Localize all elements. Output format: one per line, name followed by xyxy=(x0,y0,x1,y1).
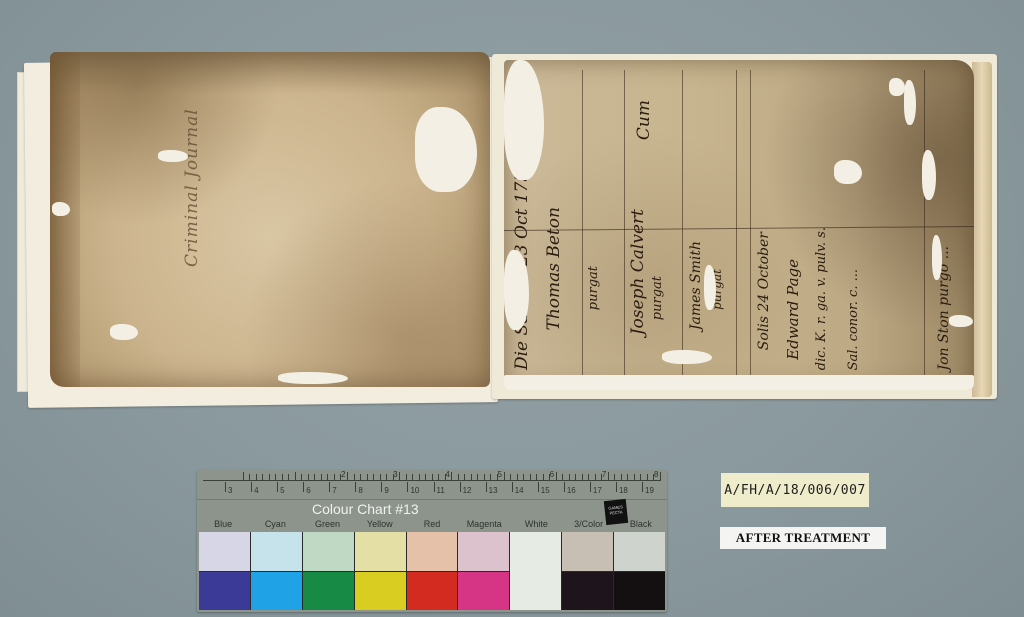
swatch-white xyxy=(510,532,562,610)
swatch-label-magenta: Magenta xyxy=(458,519,510,531)
swatch-label-black: Black xyxy=(615,519,667,531)
swatch-label-white: White xyxy=(510,519,562,531)
swatch-dark xyxy=(562,572,613,611)
inch-label: 5 xyxy=(498,470,502,479)
swatch-light xyxy=(510,532,561,571)
paper-loss-infill xyxy=(504,60,544,180)
entry-text: dic. K. r. ga. v. pulv. s. xyxy=(814,227,829,370)
inch-label: 6 xyxy=(550,470,554,479)
treatment-status-label: AFTER TREATMENT xyxy=(720,527,886,549)
swatch-light xyxy=(251,532,302,572)
photo-scene: Criminal Journal Die Saturni 23 Oct 1752… xyxy=(0,0,1024,617)
cm-label: 7 xyxy=(332,486,336,495)
swatch-label-red: Red xyxy=(406,519,458,531)
swatch-light xyxy=(458,532,509,572)
manuscript-volume: Criminal Journal Die Saturni 23 Oct 1752… xyxy=(12,40,997,400)
colour-chart: 2345678345678910111213141516171819 Colou… xyxy=(197,470,667,612)
cm-label: 17 xyxy=(593,486,602,495)
entry-name: Joseph Calvert xyxy=(628,209,648,335)
paper-loss-infill xyxy=(932,235,942,280)
swatch-dark xyxy=(407,572,458,611)
swatch-label-blue: Blue xyxy=(197,519,249,531)
swatch-blue xyxy=(199,532,251,610)
cm-label: 14 xyxy=(515,486,524,495)
right-page: Die Saturni 23 Oct 1752 Thomas Beton pur… xyxy=(504,60,974,390)
entry-text: Sal. conor. c. ... xyxy=(846,269,861,370)
inch-label: 4 xyxy=(445,470,449,479)
swatch-dark xyxy=(510,571,561,610)
swatch-light xyxy=(614,532,665,572)
accession-number-label: A/FH/A/18/006/007 xyxy=(721,473,869,507)
entry-name: James Smith xyxy=(688,241,704,330)
entry-name: Thomas Beton xyxy=(544,207,564,330)
swatch-red xyxy=(407,532,459,610)
cm-label: 18 xyxy=(619,486,628,495)
paper-loss-infill xyxy=(704,265,716,310)
swatch-dark xyxy=(251,572,302,611)
paper-loss-infill xyxy=(504,375,974,390)
swatch-yellow xyxy=(355,532,407,610)
entry-verdict: purgat xyxy=(650,276,665,320)
swatch-black xyxy=(614,532,665,610)
swatch-label-yellow: Yellow xyxy=(354,519,406,531)
swatch-dark xyxy=(458,572,509,611)
inch-label: 2 xyxy=(341,470,345,479)
cm-label: 11 xyxy=(437,486,445,495)
cm-label: 15 xyxy=(541,486,550,495)
swatch-dark xyxy=(614,572,665,611)
entry-verdict: purgat xyxy=(586,266,601,310)
swatch-labels: Blue Cyan Green Yellow Red Magenta White… xyxy=(197,519,667,531)
cm-label: 6 xyxy=(306,486,310,495)
paper-loss-infill xyxy=(278,372,348,384)
paper-loss-infill xyxy=(949,315,973,327)
swatch-light xyxy=(303,532,354,572)
swatch-light xyxy=(199,532,250,572)
swatch-dark xyxy=(355,572,406,611)
swatch-label-cyan: Cyan xyxy=(249,519,301,531)
swatch-3color xyxy=(562,532,614,610)
swatch-label-3color: 3/Color xyxy=(563,519,615,531)
swatch-dark xyxy=(303,572,354,611)
swatch-light xyxy=(562,532,613,572)
cm-label: 3 xyxy=(228,486,232,495)
chart-title: Colour Chart #13 xyxy=(312,501,419,517)
swatch-light xyxy=(407,532,458,572)
inch-label: 7 xyxy=(602,470,606,479)
swatch-cyan xyxy=(251,532,303,610)
inch-label: 8 xyxy=(654,470,658,479)
swatch-dark xyxy=(199,572,250,611)
cover-inscription: Criminal Journal xyxy=(182,97,222,267)
swatch-label-green: Green xyxy=(301,519,353,531)
cm-label: 9 xyxy=(384,486,388,495)
entry-name: Edward Page xyxy=(784,259,802,360)
cm-label: 10 xyxy=(410,486,419,495)
ruler-scale: 2345678345678910111213141516171819 xyxy=(197,470,667,500)
left-page: Criminal Journal xyxy=(50,52,490,387)
text-block-edge xyxy=(972,62,992,397)
cm-label: 5 xyxy=(280,486,284,495)
entry-text: Cum xyxy=(634,100,654,140)
cm-label: 12 xyxy=(463,486,472,495)
swatch-grid xyxy=(199,532,665,610)
entry-date-heading: Solis 24 October xyxy=(756,232,772,350)
cm-label: 13 xyxy=(489,486,498,495)
paper-loss-infill xyxy=(889,78,905,96)
paper-loss-infill xyxy=(415,107,477,192)
cm-label: 8 xyxy=(358,486,362,495)
inch-label: 3 xyxy=(393,470,397,479)
paper-loss-infill xyxy=(662,350,712,364)
paper-loss-infill xyxy=(52,202,70,216)
swatch-light xyxy=(355,532,406,572)
cm-label: 19 xyxy=(645,486,654,495)
swatch-magenta xyxy=(458,532,510,610)
paper-loss-infill xyxy=(922,150,936,200)
paper-loss-infill xyxy=(904,80,916,125)
cm-label: 16 xyxy=(567,486,576,495)
paper-loss-infill xyxy=(834,160,862,184)
swatch-green xyxy=(303,532,355,610)
cm-label: 4 xyxy=(254,486,258,495)
paper-loss-infill xyxy=(110,324,138,340)
